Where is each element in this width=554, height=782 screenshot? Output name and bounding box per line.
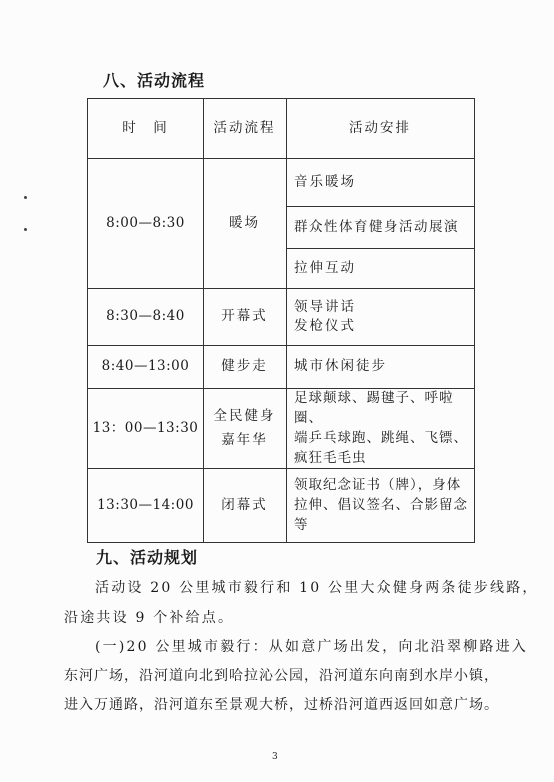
paragraph-1-line-1: 活动设 20 公里城市毅行和 10 公里大众健身两条徒步线路， [95,577,539,597]
row-5-item-line-2: 拉伸、倡议签名、合影留念 [294,495,468,515]
row-4-stage-line-1: 全民健身 [214,404,276,428]
paragraph-2-line-1: (一)20 公里城市毅行：从如意广场出发，向北沿翠柳路进入 [95,636,528,656]
page-number: 3 [272,752,278,762]
row-3-time: 8:40—13:00 [88,345,203,388]
row-1-item-1: 音乐暖场 [286,158,474,206]
row-4-stage-line-2: 嘉年华 [221,428,268,452]
row-4-time: 13：00—13:30 [88,388,203,468]
row-1-time: 8:00—8:30 [88,158,203,288]
row-4-item-line-1: 足球颠球、踢毽子、呼啦圈、 [294,388,470,428]
row-2-stage: 开幕式 [203,288,286,345]
row-1-stage: 暖场 [203,158,286,288]
row-5-stage: 闭幕式 [203,468,286,542]
row-5-time: 13:30—14:00 [88,468,203,542]
row-4-item-line-3: 疯狂毛毛虫 [294,448,367,468]
row-2-item-2: 发枪仪式 [294,317,356,336]
header-arrangement: 活动安排 [286,99,474,158]
section-8-heading: 八、活动流程 [103,68,205,91]
paragraph-2-line-2: 东河广场，沿河道向北到哈拉沁公园，沿河道东向南到水岸小镇， [64,665,499,685]
scan-mark [24,228,27,231]
row-4-item-line-2: 端乒乓球跑、跳绳、飞镖、 [294,428,468,448]
row-5-items: 领取纪念证书（牌），身体 拉伸、倡议签名、合影留念 等 [286,468,474,542]
row-5-item-line-1: 领取纪念证书（牌），身体 [294,475,461,495]
scan-mark [24,196,27,199]
row-1-item-3: 拉伸互动 [286,248,474,288]
row-2-items: 领导讲话 发枪仪式 [286,288,474,345]
row-2-item-1: 领导讲话 [294,298,356,317]
header-time: 时 间 [88,99,203,158]
row-3-item-1: 城市休闲徒步 [286,345,474,388]
row-4-stage: 全民健身 嘉年华 [203,388,286,468]
document-page: 八、活动流程 时 间 活动流程 活动安排 8:00—8:30 暖场 音乐暖场 群… [0,0,554,782]
row-5-item-line-3: 等 [294,515,309,535]
header-stage: 活动流程 [203,99,286,158]
row-4-items: 足球颠球、踢毽子、呼啦圈、 端乒乓球跑、跳绳、飞镖、 疯狂毛毛虫 [286,388,474,468]
row-2-time: 8:30—8:40 [88,288,203,345]
row-1-item-2: 群众性体育健身活动展演 [286,206,474,248]
paragraph-2-line-3: 进入万通路，沿河道东至景观大桥，过桥沿河道西返回如意广场。 [64,694,499,714]
row-3-stage: 健步走 [203,345,286,388]
section-9-heading: 九、活动规划 [96,545,198,568]
paragraph-1-line-2: 沿途共设 9 个补给点。 [64,607,234,627]
schedule-table: 时 间 活动流程 活动安排 8:00—8:30 暖场 音乐暖场 群众性体育健身活… [87,98,475,543]
